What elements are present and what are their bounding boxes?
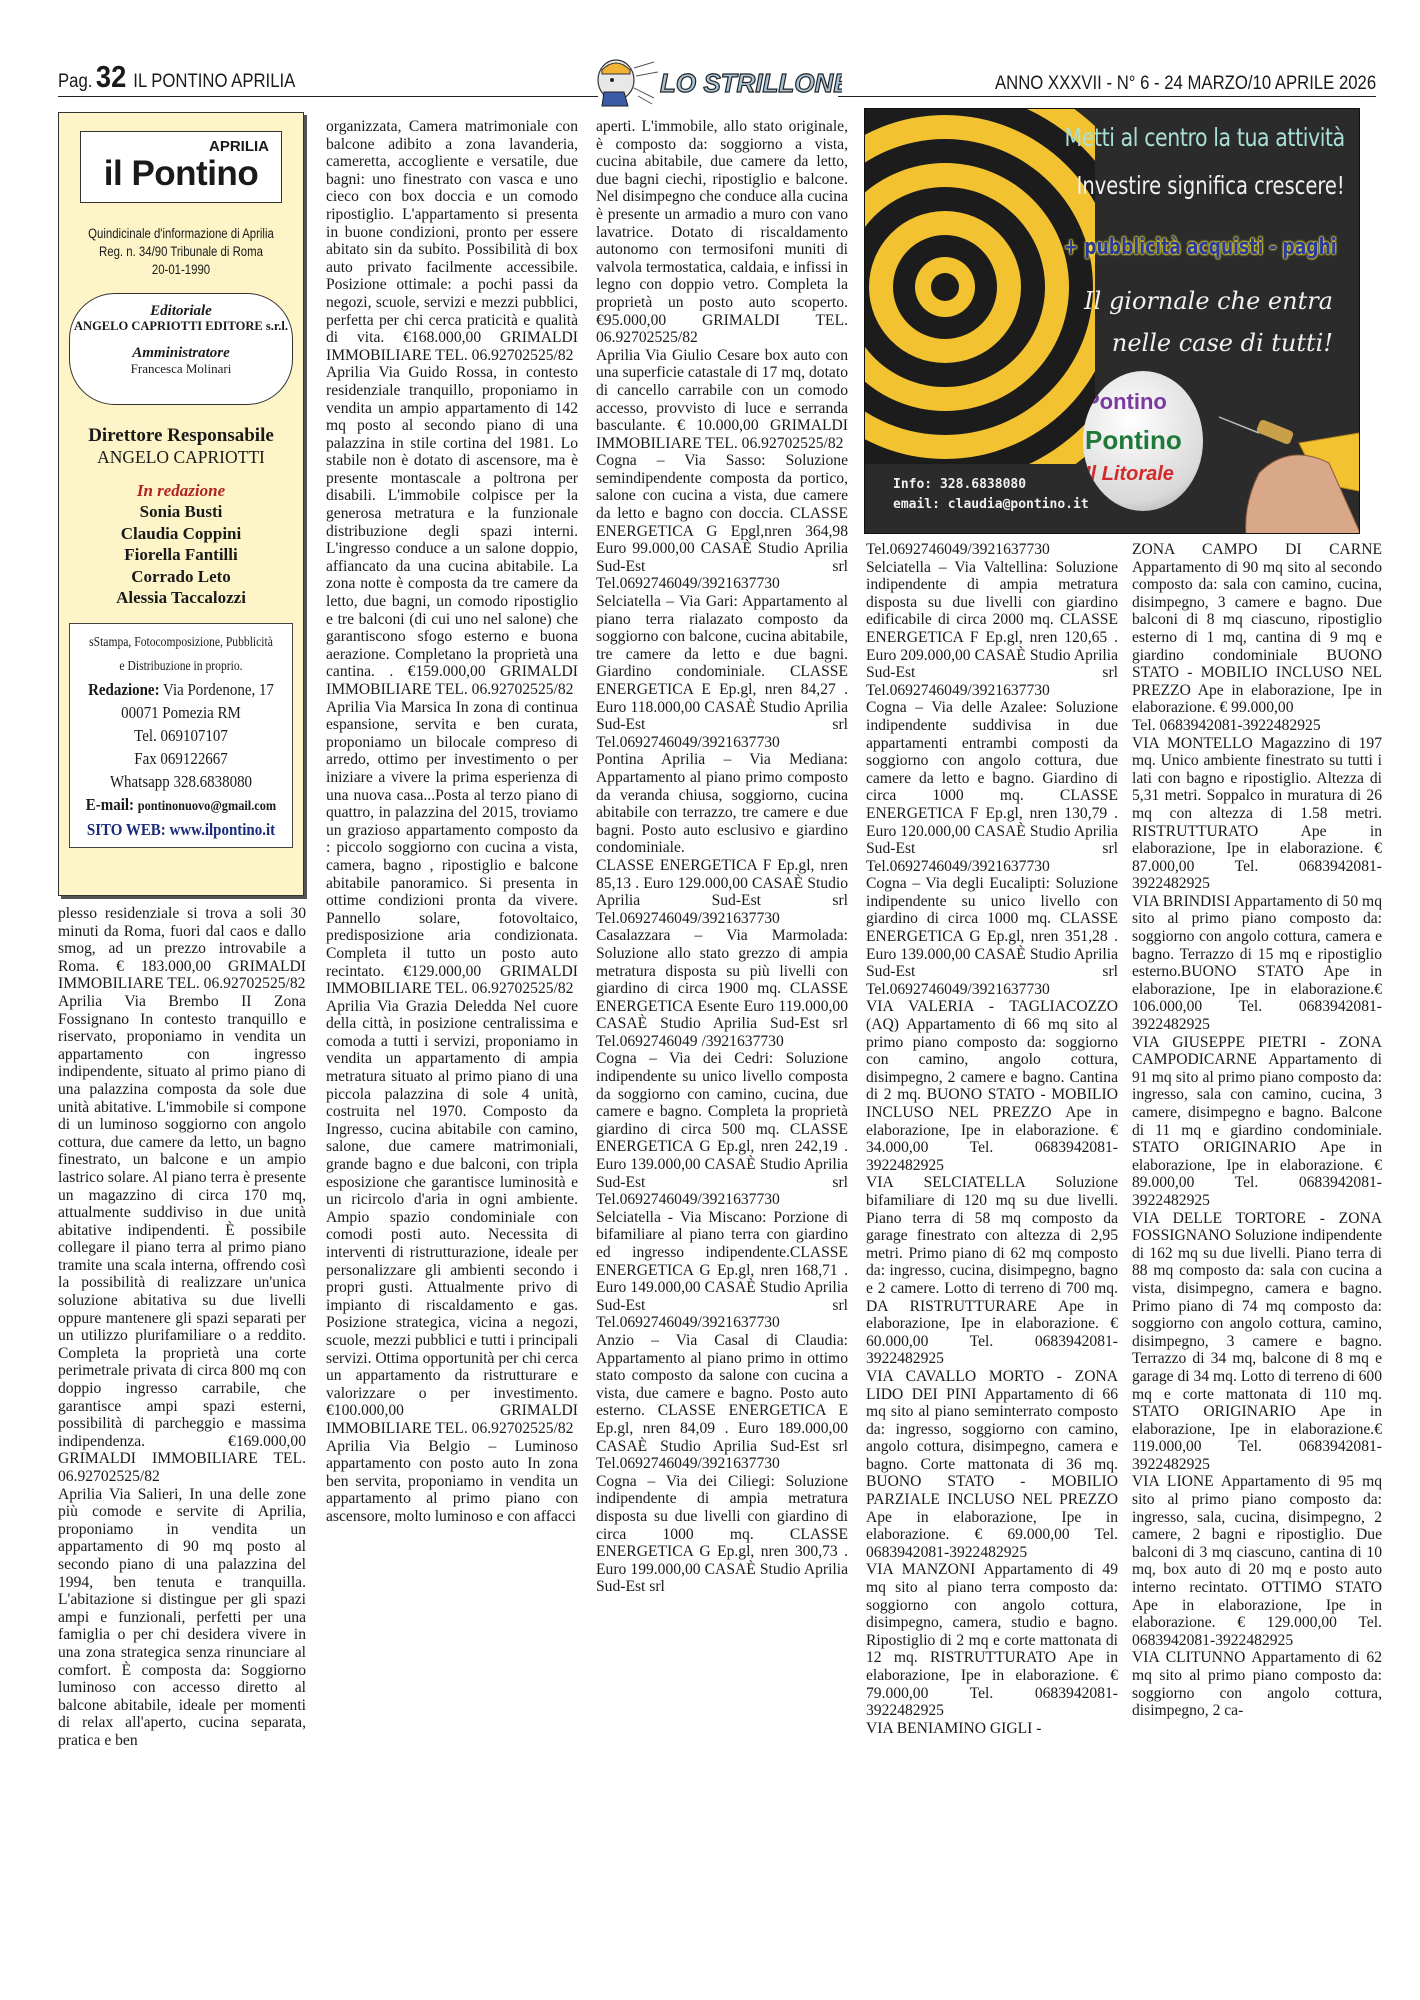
listing: Cogna – Via Sasso: Soluzione semindipend… bbox=[596, 452, 848, 593]
admin-value: Francesca Molinari bbox=[70, 361, 292, 376]
listing: VIA LIONE Appartamento di 95 mq sito al … bbox=[1132, 1473, 1382, 1649]
ad-subheadline: Investire significa crescere! bbox=[1077, 171, 1345, 200]
page-number-block: Pag.32IL PONTINO APRILIA bbox=[58, 59, 295, 95]
ad-headline: Metti al centro la tua attività bbox=[1065, 123, 1345, 152]
staff-member: Sonia Busti bbox=[59, 501, 303, 523]
director-label: Direttore Responsabile bbox=[59, 425, 303, 447]
issue-info: ANNO XXXVII - N° 6 - 24 MARZO/10 APRILE … bbox=[995, 73, 1376, 95]
hand-dart-icon bbox=[1219, 363, 1360, 534]
staff-member: Fiorella Fantilli bbox=[59, 544, 303, 566]
listing: Aprilia Via Grazia Deledda Nel cuore del… bbox=[326, 998, 578, 1438]
header-divider-left bbox=[58, 96, 598, 97]
listing: VIA SELCIATELLA Soluzione bifamiliare di… bbox=[866, 1174, 1118, 1368]
listing: VIA VALERIA - TAGLIACOZZO (AQ) Appartame… bbox=[866, 998, 1118, 1174]
listing: Tel. 0683942081-3922482925 bbox=[1132, 717, 1382, 735]
listing: Aprilia Via Brembo II Zona Fossignano In… bbox=[58, 993, 306, 1486]
listing: Aprilia Via Belgio – Luminoso appartamen… bbox=[326, 1438, 578, 1526]
telephone: Tel. 069107107 bbox=[83, 724, 278, 747]
column-4: Tel.0692746049/3921637730 Selciatella – … bbox=[866, 541, 1118, 1737]
listing: aperti. L'immobile, allo stato originale… bbox=[596, 118, 848, 347]
listing: Aprilia Via Salieri, In una delle zone p… bbox=[58, 1486, 306, 1750]
listing: ZONA CAMPO DI CARNE Appartamento di 90 m… bbox=[1132, 541, 1382, 717]
fax: Fax 069122667 bbox=[83, 747, 278, 770]
info-line: Quindicinale d'informazione di Aprilia bbox=[77, 225, 284, 243]
listing: Aprilia Via Guido Rossa, in contesto res… bbox=[326, 364, 578, 698]
page-header: Pag.32IL PONTINO APRILIA LO STRILLONE AN… bbox=[58, 64, 1376, 98]
web-label: SITO WEB: bbox=[87, 820, 166, 839]
listing: Aprilia Via Giulio Cesare box auto con u… bbox=[596, 347, 848, 453]
logo-city: APRILIA bbox=[209, 138, 269, 155]
page-label: Pag. bbox=[58, 71, 92, 92]
listing: VIA MONTELLO Magazzino di 197 mq. Unico … bbox=[1132, 735, 1382, 893]
ad-phone: Info: 328.6838080 bbox=[893, 475, 1089, 495]
header-divider-right bbox=[838, 96, 1376, 97]
listing: Pontina Aprilia – Via Mediana: Appartame… bbox=[596, 751, 848, 857]
listing: Tel.0692746049/3921637730 bbox=[866, 541, 1118, 559]
listing: VIA CLITUNNO Appartamento di 62 mq sito … bbox=[1132, 1649, 1382, 1719]
paper-name: IL PONTINO APRILIA bbox=[133, 71, 295, 92]
listing: Casalazzara – Via Marmolada: Soluzione a… bbox=[596, 927, 848, 1050]
listing: Anzio – Via Casal di Claudia: Appartamen… bbox=[596, 1332, 848, 1473]
contacts-box: sStampa, Fotocomposizione, Pubblicità e … bbox=[69, 623, 293, 848]
listing: VIA BRINDISI Appartamento di 50 mq sito … bbox=[1132, 893, 1382, 1034]
director-name: ANGELO CAPRIOTTI bbox=[59, 447, 303, 468]
ball-label: Pontino bbox=[1085, 389, 1167, 415]
listing: Selciatella – Via Valtellina: Soluzione … bbox=[866, 559, 1118, 700]
address: Via Pordenone, 17 bbox=[163, 680, 274, 699]
staff-label: In redazione bbox=[59, 480, 303, 501]
logo-name: il Pontino bbox=[81, 154, 281, 194]
strillone-wordmark: LO STRILLONE bbox=[660, 68, 842, 98]
ad-tagline-1: Il giornale che entra bbox=[1084, 287, 1333, 315]
masthead-box: APRILIA il Pontino Quindicinale d'inform… bbox=[58, 112, 304, 896]
staff-member: Claudia Coppini bbox=[59, 523, 303, 545]
editorial-value: ANGELO CAPRIOTTI EDITORE s.r.l. bbox=[70, 319, 292, 334]
listing: CLASSE ENERGETICA F Ep.gl, nren 85,13 . … bbox=[596, 857, 848, 927]
column-2: organizzata, Camera matrimoniale con bal… bbox=[326, 118, 578, 1526]
editorial-label: Editoriale bbox=[70, 294, 292, 319]
newspaper-ball-icon: Pontino Pontino Il Litorale bbox=[1083, 371, 1203, 511]
column-1: plesso residenziale si trova a soli 30 m… bbox=[58, 905, 306, 1750]
email-label: E-mail: bbox=[86, 795, 134, 814]
ball-label: Pontino bbox=[1085, 425, 1182, 456]
info-line: 20-01-1990 bbox=[77, 261, 284, 279]
admin-label: Amministratore bbox=[70, 334, 292, 361]
newsboy-icon: LO STRILLONE bbox=[594, 58, 842, 108]
listing: organizzata, Camera matrimoniale con bal… bbox=[326, 118, 578, 364]
listing: VIA CAVALLO MORTO - ZONA LIDO DEI PINI A… bbox=[866, 1368, 1118, 1562]
column-5: ZONA CAMPO DI CARNE Appartamento di 90 m… bbox=[1132, 541, 1382, 1720]
listing: Aprilia Via Marsica In zona di continua … bbox=[326, 699, 578, 998]
listing: Cogna – Via degli Eucalipti: Soluzione i… bbox=[866, 875, 1118, 998]
listing: Cogna – Via dei Cedri: Soluzione indipen… bbox=[596, 1050, 848, 1208]
listing: VIA MANZONI Appartamento di 49 mq sito a… bbox=[866, 1561, 1118, 1719]
ad-slogan: + pubblicità acquisti - paghi bbox=[1064, 235, 1337, 260]
listing: VIA DELLE TORTORE - ZONA FOSSIGNANO Solu… bbox=[1132, 1210, 1382, 1474]
website-link[interactable]: www.ilpontino.it bbox=[170, 820, 276, 839]
listing: Selciatella – Via Gari: Appartamento al … bbox=[596, 593, 848, 751]
listing: VIA GIUSEPPE PIETRI - ZONA CAMPODICARNE … bbox=[1132, 1034, 1382, 1210]
lo-strillone-logo: LO STRILLONE bbox=[594, 58, 842, 108]
listing: Cogna – Via dei Ciliegi: Soluzione indip… bbox=[596, 1473, 848, 1596]
listing: Selciatella - Via Miscano: Porzione di b… bbox=[596, 1209, 848, 1332]
ad-email: email: claudia@pontino.it bbox=[893, 495, 1089, 515]
address-label: Redazione: bbox=[88, 680, 159, 699]
dartboard-target-icon bbox=[864, 109, 1095, 464]
il-pontino-logo: APRILIA il Pontino bbox=[80, 131, 282, 203]
publisher-oval: Editoriale ANGELO CAPRIOTTI EDITORE s.r.… bbox=[69, 293, 293, 405]
listing: plesso residenziale si trova a soli 30 m… bbox=[58, 905, 306, 993]
ball-label: Il Litorale bbox=[1085, 463, 1174, 486]
print-info: sStampa, Fotocomposizione, Pubblicità bbox=[86, 630, 277, 654]
email-link[interactable]: pontinonuovo@gmail.com bbox=[138, 799, 276, 814]
city-line: 00071 Pomezia RM bbox=[83, 701, 278, 724]
advertisement-banner[interactable]: Metti al centro la tua attività Investir… bbox=[864, 108, 1360, 534]
staff-member: Alessia Taccalozzi bbox=[59, 587, 303, 609]
column-3: aperti. L'immobile, allo stato originale… bbox=[596, 118, 848, 1596]
ad-contacts: Info: 328.6838080 email: claudia@pontino… bbox=[893, 475, 1089, 515]
registration-info: Quindicinale d'informazione di Aprilia R… bbox=[77, 225, 284, 279]
staff-list: Sonia Busti Claudia Coppini Fiorella Fan… bbox=[59, 501, 303, 609]
whatsapp: Whatsapp 328.6838080 bbox=[83, 770, 278, 793]
print-info: e Distribuzione in proprio. bbox=[86, 654, 277, 678]
page-number: 32 bbox=[96, 59, 126, 94]
listing: Cogna – Via delle Azalee: Soluzione indi… bbox=[866, 699, 1118, 875]
listing: VIA BENIAMINO GIGLI - bbox=[866, 1720, 1118, 1738]
staff-member: Corrado Leto bbox=[59, 566, 303, 588]
info-line: Reg. n. 34/90 Tribunale di Roma bbox=[77, 243, 284, 261]
ad-tagline-2: nelle case di tutti! bbox=[1112, 329, 1333, 357]
